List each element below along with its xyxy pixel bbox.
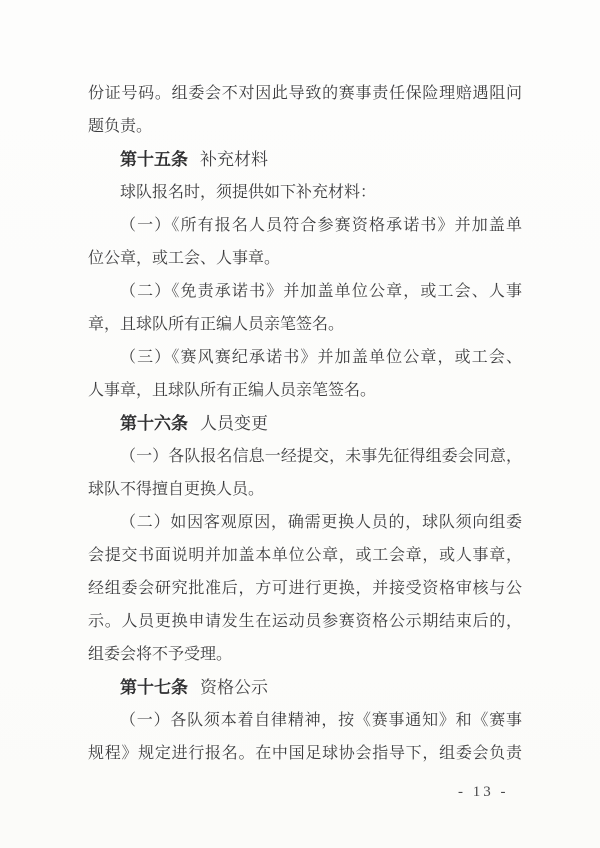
text-line: 示。人员更换申请发生在运动员参赛资格公示期结束后的， (88, 605, 522, 638)
article-title: 人员变更 (200, 414, 268, 433)
text-line: （二）《免责承诺书》并加盖单位公章，或工会、人事 (88, 275, 522, 308)
page-number: - 13 - (458, 784, 509, 801)
text-line: （二）如因客观原因，确需更换人员的，球队须向组委 (88, 506, 522, 539)
text-line: 章，且球队所有正编人员亲笔签名。 (88, 308, 522, 341)
text-line: （一）各队须本着自律精神，按《赛事通知》和《赛事 (88, 704, 522, 737)
article-number: 第十五条 (120, 150, 188, 169)
article-number: 第十六条 (120, 414, 188, 433)
document-text-block: 份证号码。组委会不对因此导致的赛事责任保险理赔遇阻问 题负责。 第十五条补充材料… (88, 77, 522, 770)
article-heading-17: 第十七条资格公示 (88, 671, 522, 704)
text-line: 球队不得擅自更换人员。 (88, 473, 522, 506)
text-line: 会提交书面说明并加盖本单位公章，或工会章，或人事章， (88, 539, 522, 572)
article-heading-15: 第十五条补充材料 (88, 143, 522, 176)
text-line: 规程》规定进行报名。在中国足球协会指导下，组委会负责 (88, 737, 522, 770)
text-line: （一）《所有报名人员符合参赛资格承诺书》并加盖单 (88, 209, 522, 242)
text-line: 位公章，或工会、人事章。 (88, 242, 522, 275)
article-number: 第十七条 (120, 678, 188, 697)
text-line: 题负责。 (88, 110, 522, 143)
text-line: 经组委会研究批准后，方可进行更换，并接受资格审核与公 (88, 572, 522, 605)
article-heading-16: 第十六条人员变更 (88, 407, 522, 440)
text-line: 人事章，且球队所有正编人员亲笔签名。 (88, 374, 522, 407)
text-line: （三）《赛风赛纪承诺书》并加盖单位公章，或工会、 (88, 341, 522, 374)
text-line: 组委会将不予受理。 (88, 638, 522, 671)
text-line: 份证号码。组委会不对因此导致的赛事责任保险理赔遇阻问 (88, 77, 522, 110)
text-line: 球队报名时，须提供如下补充材料： (88, 176, 522, 209)
article-title: 资格公示 (200, 678, 268, 697)
article-title: 补充材料 (200, 150, 268, 169)
text-line: （一）各队报名信息一经提交，未事先征得组委会同意， (88, 440, 522, 473)
